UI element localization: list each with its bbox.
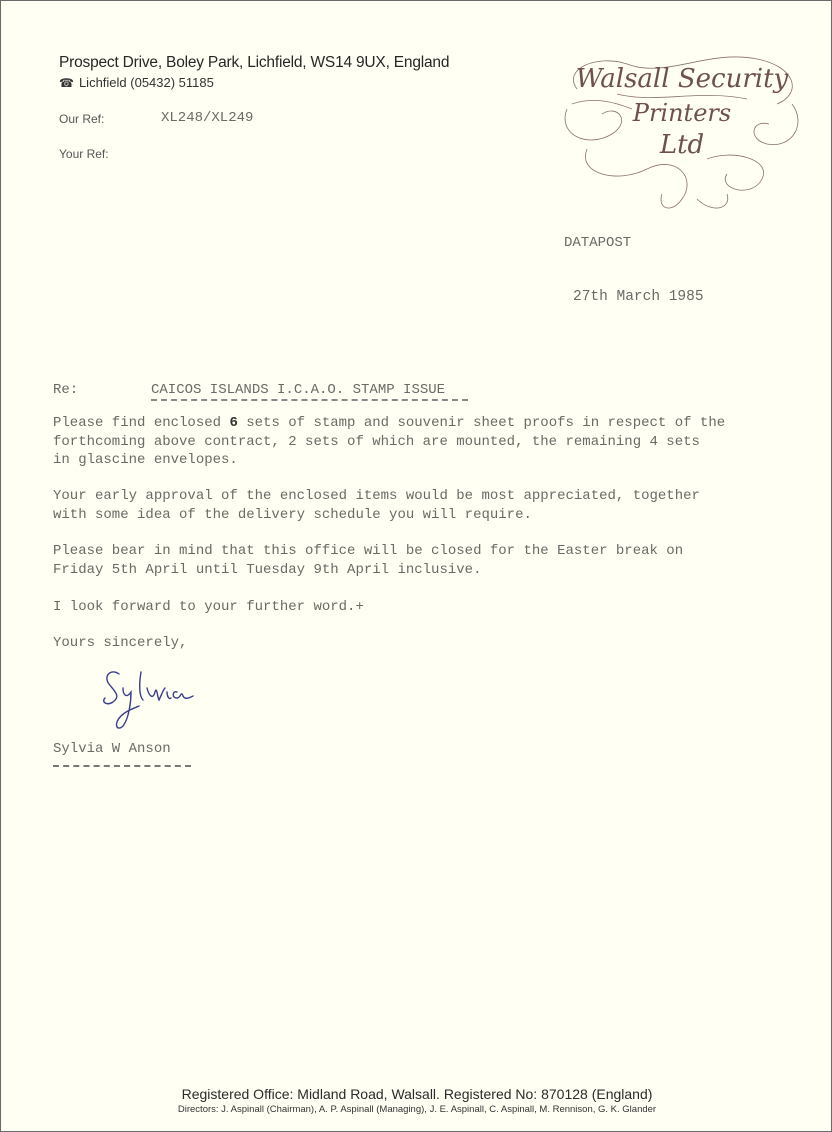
svg-text:Sylvia: Sylvia [97, 666, 100, 667]
paragraph-3: Please bear in mind that this office wil… [53, 542, 683, 579]
phone-number: Lichfield (05432) 51185 [79, 75, 214, 90]
svg-text:Ltd: Ltd [659, 130, 704, 160]
letter-subject: CAICOS ISLANDS I.C.A.O. STAMP ISSUE [151, 382, 445, 398]
subject-underline [151, 399, 468, 401]
directors-list: Directors: J. Aspinall (Chairman), A. P.… [1, 1104, 832, 1115]
paragraph-1: Please find enclosed 6 sets of stamp and… [53, 414, 725, 470]
registered-office: Registered Office: Midland Road, Walsall… [1, 1086, 832, 1102]
sets-count: 6 [229, 415, 237, 431]
handwritten-signature: Sylvia [97, 666, 207, 736]
paragraph-4: I look forward to your further word.+ [53, 598, 364, 617]
signer-name: Sylvia W Anson [53, 741, 171, 757]
signer-underline [53, 765, 191, 767]
company-logo: Walsall Security Printers Ltd [557, 49, 807, 219]
delivery-method: DATAPOST [564, 235, 631, 251]
logo-flourish-icon: Walsall Security Printers Ltd [557, 49, 807, 219]
closing: Yours sincerely, [53, 634, 187, 653]
telephone-icon: ☎ [59, 76, 74, 90]
letter-page: Prospect Drive, Boley Park, Lichfield, W… [0, 0, 832, 1132]
signature-icon: Sylvia [97, 666, 207, 736]
your-ref-label: Your Ref: [59, 147, 109, 161]
letter-date: 27th March 1985 [573, 289, 704, 305]
company-address: Prospect Drive, Boley Park, Lichfield, W… [59, 54, 449, 72]
our-ref-value: XL248/XL249 [161, 110, 253, 126]
svg-text:Walsall Security: Walsall Security [576, 64, 789, 94]
paragraph-2: Your early approval of the enclosed item… [53, 487, 700, 524]
svg-text:Printers: Printers [632, 99, 731, 127]
our-ref-label: Our Ref: [59, 112, 104, 126]
paragraph-1-start: Please find enclosed [53, 415, 229, 431]
company-phone: ☎Lichfield (05432) 51185 [59, 75, 214, 90]
re-label: Re: [53, 382, 78, 398]
